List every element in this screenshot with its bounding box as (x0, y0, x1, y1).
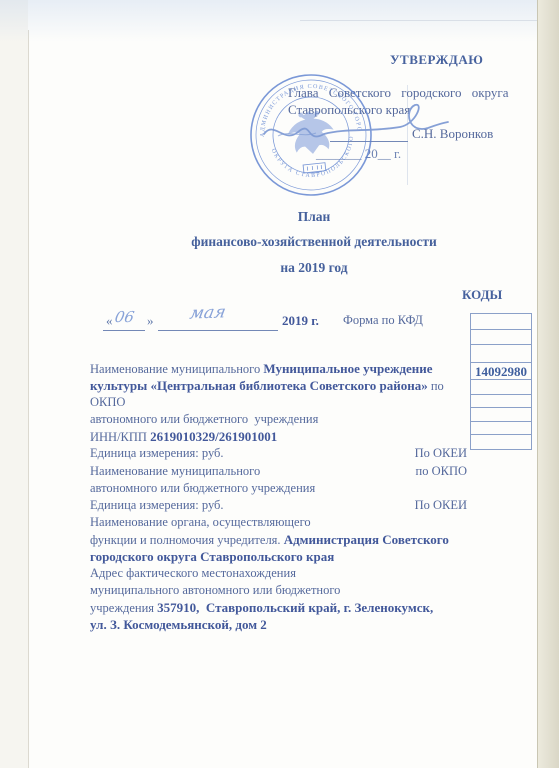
date-year: 2019 г. (282, 313, 319, 329)
body-line: Единица измерения: руб.По ОКЕИ (90, 497, 467, 514)
code-cell-empty (470, 313, 532, 330)
code-cell-empty (470, 330, 532, 345)
form-kfd-label: Форма по КФД (343, 313, 423, 328)
date-month-handwritten: мая (188, 302, 227, 323)
date-month-underline (158, 330, 278, 331)
page-left-edge (28, 30, 29, 768)
code-cell-empty (470, 408, 532, 422)
body-line: функции и полномочия учредителя. Админис… (90, 531, 467, 548)
body-lines: Наименование муниципального Муниципально… (90, 360, 467, 634)
date-quote-open: « (106, 313, 113, 329)
body-line: культуры «Центральная библиотека Советск… (90, 377, 467, 394)
body-line: городского округа Ставропольского края (90, 548, 467, 565)
codes-column-header: КОДЫ (462, 287, 502, 303)
date-quote-close: » (147, 313, 154, 329)
body-line: Наименование муниципальногопо ОКПО (90, 463, 467, 480)
codes-boxes-column: 14092980 (470, 313, 532, 450)
doc-title-line3: на 2019 год (94, 260, 534, 276)
page-top-edge (300, 20, 540, 21)
stamp-bottom-banner (303, 163, 326, 173)
code-ref-label: по ОКПО (416, 463, 467, 480)
handwritten-signature (258, 86, 458, 150)
doc-title-line1: План (94, 209, 534, 225)
code-cell-empty (470, 435, 532, 450)
approve-heading: УТВЕРЖДАЮ (390, 52, 483, 68)
body-line: Единица измерения: руб.По ОКЕИ (90, 445, 467, 462)
body-line: ОКПО (90, 394, 467, 411)
scanned-document-page: УТВЕРЖДАЮ Глава Советского городского ок… (0, 0, 559, 768)
body-line: автономного или бюджетного учреждения (90, 480, 467, 497)
code-cell-empty (470, 380, 532, 395)
code-cell-empty (470, 422, 532, 435)
body-line: автономного или бюджетного учреждения (90, 411, 467, 428)
code-ref-label: По ОКЕИ (415, 445, 467, 462)
code-cell-empty (470, 345, 532, 363)
body-line: учреждения 357910, Ставропольский край, … (90, 599, 467, 616)
code-ref-label: По ОКЕИ (415, 497, 467, 514)
body-line: Наименование органа, осуществляющего (90, 514, 467, 531)
doc-title-line2: финансово-хозяйственной деятельности (94, 234, 534, 250)
body-line: ул. З. Космодемьянской, дом 2 (90, 616, 467, 633)
body-line: Адрес фактического местонахождения (90, 565, 467, 582)
scan-right-strip (537, 0, 559, 768)
okpo-code-cell: 14092980 (470, 363, 532, 380)
scanner-light-band (0, 0, 559, 42)
date-day-handwritten: 06 (113, 308, 135, 326)
body-line: муниципального автономного или бюджетног… (90, 582, 467, 599)
code-cell-empty (470, 395, 532, 408)
body-line: ИНН/КПП 2619010329/261901001 (90, 428, 467, 445)
scan-left-margin (0, 0, 28, 768)
date-day-underline (103, 330, 145, 331)
body-line: Наименование муниципального Муниципально… (90, 360, 467, 377)
